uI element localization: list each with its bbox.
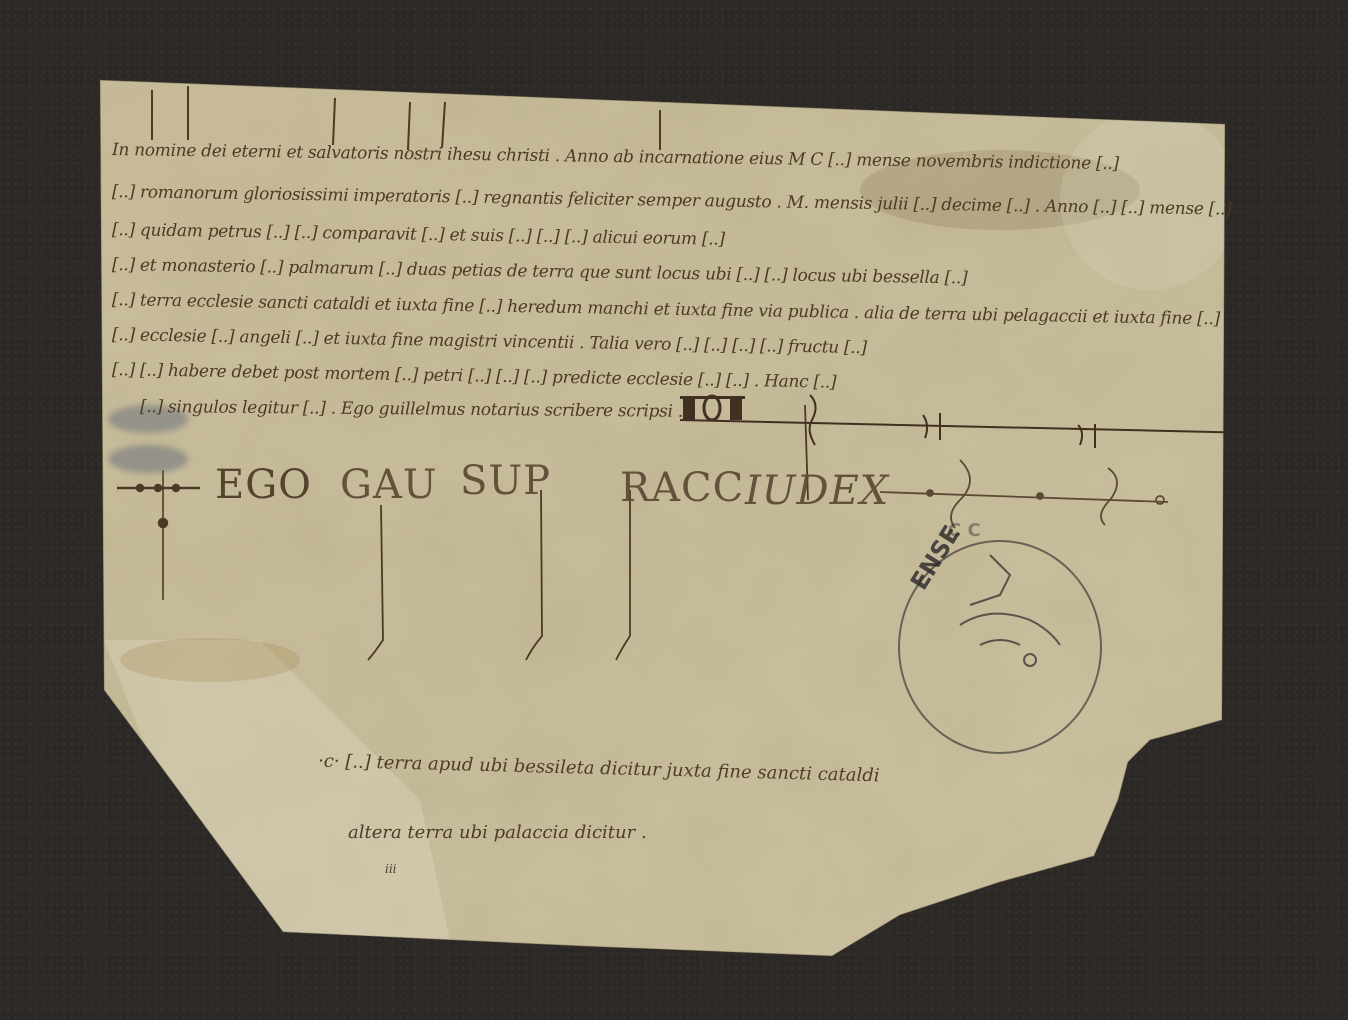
signature-name: GAU [340,462,438,508]
signature-iudex: IUDEX [745,468,889,514]
signature-sup: SUP [460,458,551,504]
shelf-mark: iii [385,862,397,876]
dorsal-note: altera terra ubi palaccia dicitur . [348,822,647,843]
left-margin-smudge [108,445,188,473]
signature-ego: EGO [215,462,312,508]
stamp-text: C C [948,520,981,541]
signature-racc: RACC [620,465,744,511]
stamp-figure [940,545,1080,685]
manuscript-scan: In nomine dei eterni et salvatoris nostr… [0,0,1348,1020]
